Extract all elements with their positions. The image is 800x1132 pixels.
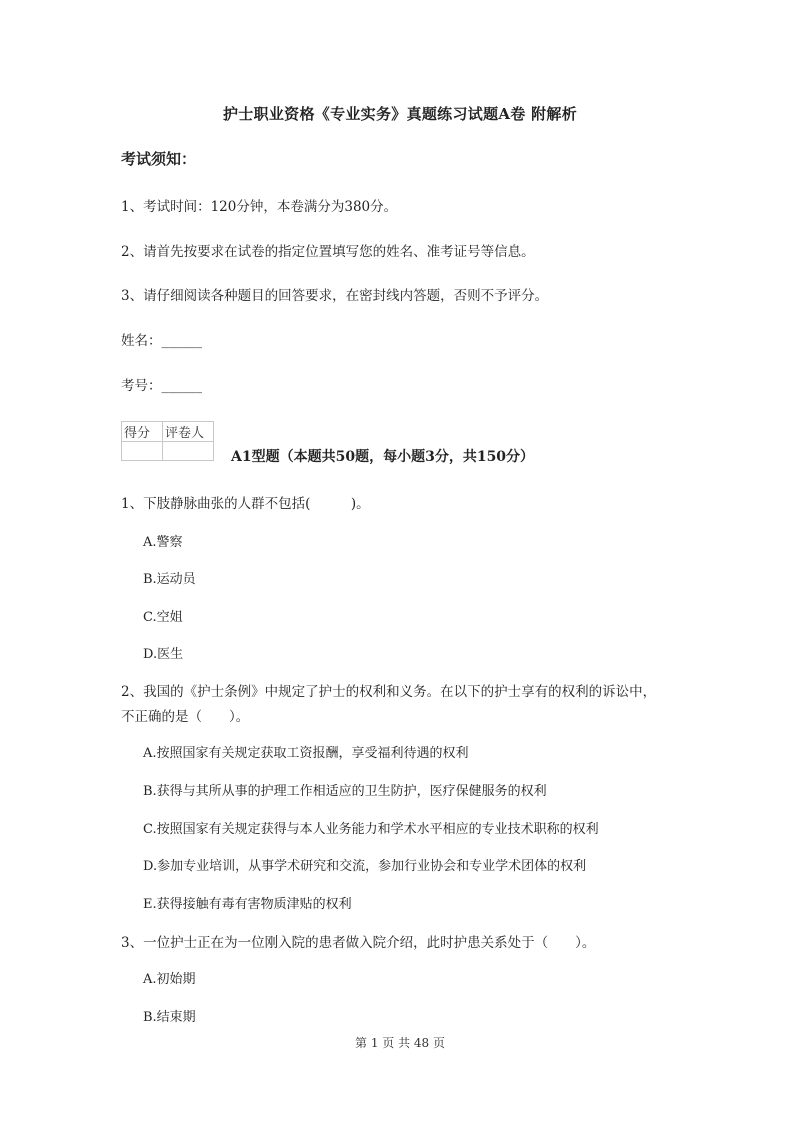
notice-heading: 考试须知：	[121, 148, 196, 169]
exam-id-label: 考号：	[121, 378, 162, 394]
grader-header: 评卷人	[163, 422, 214, 442]
option-e: E.获得接触有毒有害物质津贴的权利	[143, 893, 352, 912]
exam-id-field: 考号：______	[121, 374, 202, 394]
question-stem-line-2: 不正确的是（ ）。	[121, 705, 249, 725]
score-cell	[122, 442, 163, 461]
notice-item-1: 1、考试时间：120分钟，本卷满分为380分。	[121, 195, 397, 215]
section-title: A1型题（本题共50题，每小题3分，共150分）	[231, 446, 534, 466]
option-a: A.警察	[143, 531, 183, 550]
question-stem-line-1: 2、我国的《护士条例》中规定了护士的权利和义务。在以下的护士享有的权利的诉讼中，	[121, 680, 656, 700]
notice-item-3: 3、请仔细阅读各种题目的回答要求，在密封线内答题，否则不予评分。	[121, 284, 548, 304]
option-a: A.按照国家有关规定获取工资报酬，享受福利待遇的权利	[143, 742, 469, 761]
grader-cell	[163, 442, 214, 461]
document-title: 护士职业资格《专业实务》真题练习试题A卷 附解析	[0, 103, 800, 124]
option-b: B.运动员	[143, 568, 196, 587]
exam-id-blank: ______	[162, 378, 203, 394]
page-footer: 第 1 页 共 48 页	[0, 1034, 800, 1051]
option-c: C.按照国家有关规定获得与本人业务能力和学术水平相应的专业技术职称的权利	[143, 818, 599, 837]
name-blank: ______	[162, 333, 203, 349]
option-b: B.结束期	[143, 1006, 196, 1025]
question-stem: 1、下肢静脉曲张的人群不包括( )。	[121, 492, 370, 512]
option-d: D.医生	[143, 643, 183, 662]
name-label: 姓名：	[121, 333, 162, 349]
option-d: D.参加专业培训，从事学术研究和交流，参加行业协会和专业学术团体的权利	[143, 855, 586, 874]
name-field: 姓名：______	[121, 329, 202, 349]
notice-item-2: 2、请首先按要求在试卷的指定位置填写您的姓名、准考证号等信息。	[121, 240, 535, 260]
score-table: 得分 评卷人	[121, 421, 214, 461]
option-c: C.空姐	[143, 606, 183, 625]
score-header: 得分	[122, 422, 163, 442]
option-b: B.获得与其所从事的护理工作相适应的卫生防护，医疗保健服务的权利	[143, 780, 547, 799]
question-stem: 3、一位护士正在为一位刚入院的患者做入院介绍，此时护患关系处于（ ）。	[121, 931, 595, 951]
option-a: A.初始期	[143, 968, 196, 987]
